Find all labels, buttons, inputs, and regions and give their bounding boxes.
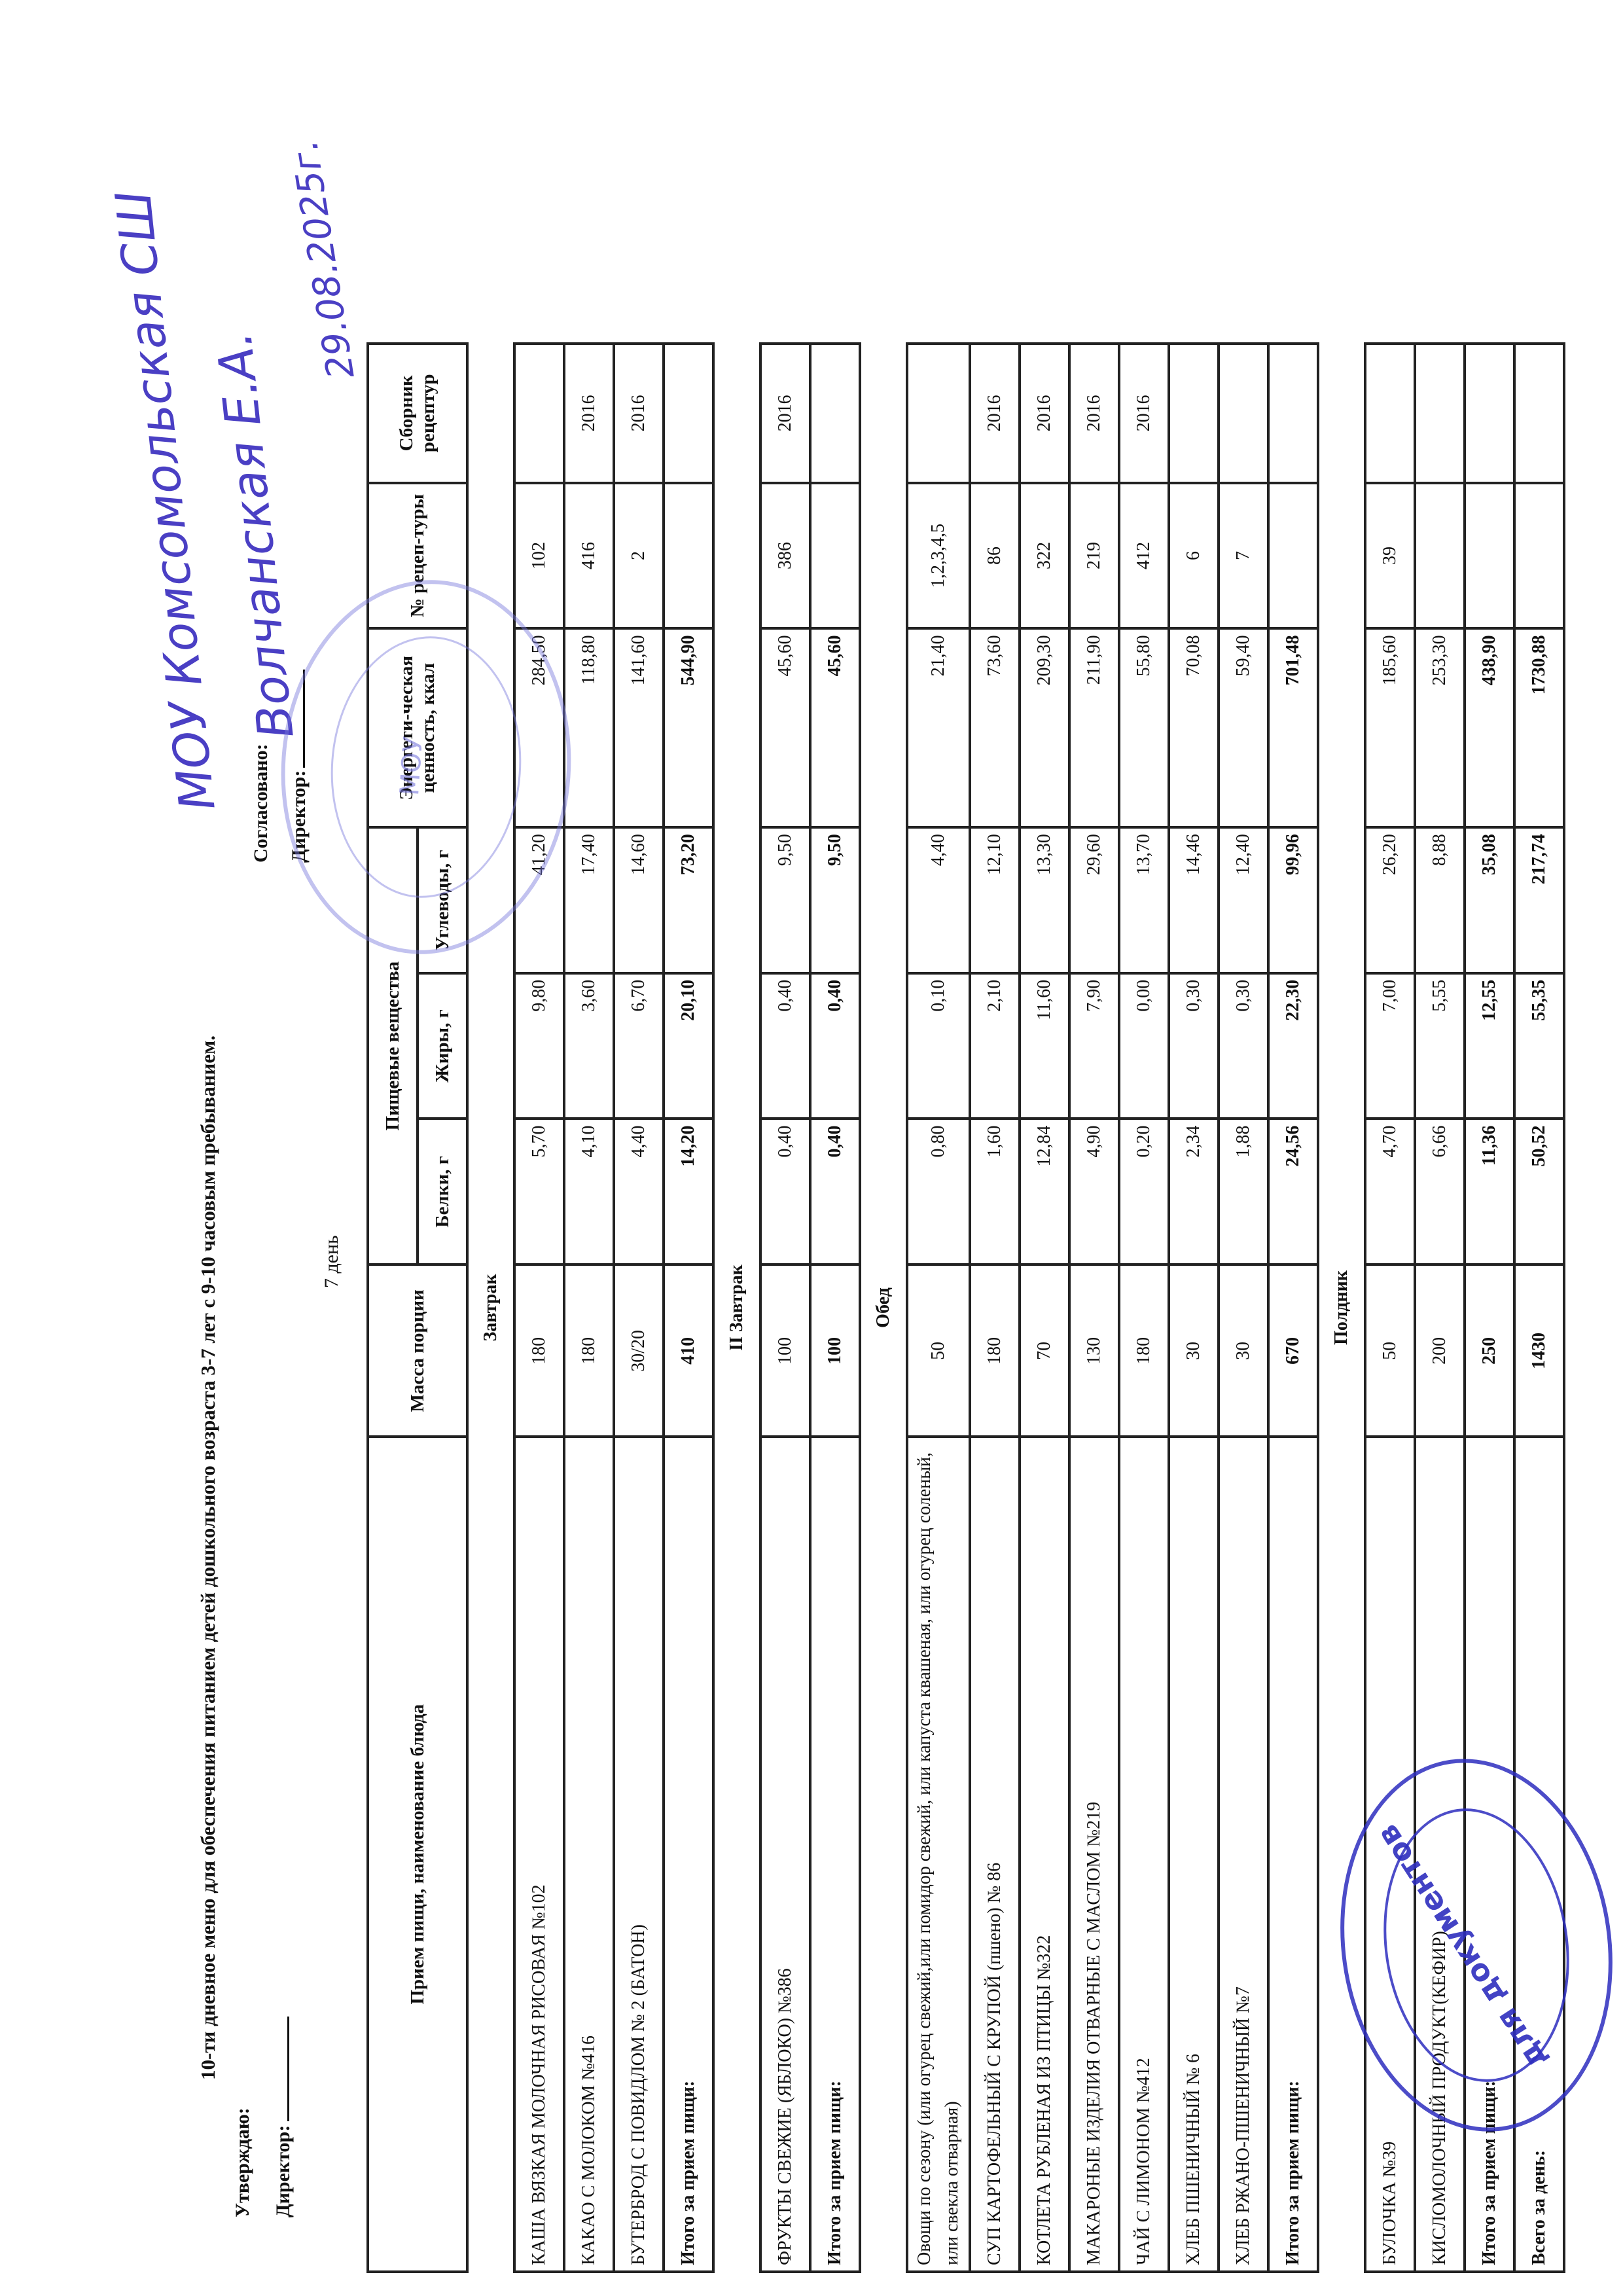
- meal-section-title: Завтрак: [467, 344, 514, 2272]
- cell-energy: 118,80: [564, 628, 614, 827]
- cell-fat: 12,55: [1465, 973, 1514, 1119]
- cell-recipe: [1268, 483, 1318, 629]
- cell-energy: 284,50: [514, 628, 564, 827]
- cell-fat: 22,30: [1268, 973, 1318, 1119]
- cell-name: Итого за прием пищи:: [1268, 1437, 1318, 2272]
- cell-name: Итого за прием пищи:: [664, 1437, 713, 2272]
- cell-protein: 1,60: [970, 1119, 1020, 1265]
- meal-section-row: Обед: [860, 344, 907, 2272]
- cell-carbs: 35,08: [1465, 827, 1514, 973]
- cell-recipe: 1,2,3,4,5: [907, 483, 970, 629]
- cell-protein: 11,36: [1465, 1119, 1514, 1265]
- cell-carbs: 217,74: [1514, 827, 1564, 973]
- cell-fat: 6,70: [614, 973, 664, 1119]
- cell-protein: 5,70: [514, 1119, 564, 1265]
- cell-energy: 1730,88: [1514, 628, 1564, 827]
- cell-name: ХЛЕБ РЖАНО-ПШЕНИЧНЫЙ №7: [1219, 1437, 1268, 2272]
- cell-name: ЧАЙ С ЛИМОНОМ №412: [1119, 1437, 1169, 2272]
- table-row: КАКАО С МОЛОКОМ №4161804,103,6017,40118,…: [564, 344, 614, 2272]
- cell-mass: 100: [760, 1265, 810, 1437]
- meal-section-title: Обед: [860, 344, 907, 2272]
- cell-fat: 7,90: [1069, 973, 1119, 1119]
- cell-fat: 7,00: [1365, 973, 1415, 1119]
- cell-recipe: 412: [1119, 483, 1169, 629]
- header-fat: Жиры, г: [418, 973, 467, 1119]
- cell-name: БУТЕРБРОД С ПОВИДЛОМ № 2 (БАТОН): [614, 1437, 664, 2272]
- cell-recipe: 7: [1219, 483, 1268, 629]
- cell-name: КОТЛЕТА РУБЛЕНАЯ ИЗ ПТИЦЫ №322: [1020, 1437, 1069, 2272]
- cell-recipe: [810, 483, 860, 629]
- cell-protein: 6,66: [1415, 1119, 1465, 1265]
- cell-carbs: 9,50: [760, 827, 810, 973]
- cell-recipe: [1514, 483, 1564, 629]
- cell-collection: [1268, 344, 1318, 483]
- cell-recipe: [1465, 483, 1514, 629]
- cell-protein: 2,34: [1169, 1119, 1219, 1265]
- cell-protein: 4,10: [564, 1119, 614, 1265]
- table-row: МАКАРОНЫЕ ИЗДЕЛИЯ ОТВАРНЫЕ С МАСЛОМ №219…: [1069, 344, 1119, 2272]
- meal-section-title: II Завтрак: [713, 344, 760, 2272]
- cell-recipe: 219: [1069, 483, 1119, 629]
- meal-section-row: Полдник: [1318, 344, 1365, 2272]
- cell-protein: 14,20: [664, 1119, 713, 1265]
- table-row: Овощи по сезону (или огурец свежий,или п…: [907, 344, 970, 2272]
- cell-carbs: 73,20: [664, 827, 713, 973]
- cell-energy: 21,40: [907, 628, 970, 827]
- cell-carbs: 14,46: [1169, 827, 1219, 973]
- cell-protein: 0,40: [760, 1119, 810, 1265]
- cell-carbs: 12,10: [970, 827, 1020, 973]
- cell-carbs: 12,40: [1219, 827, 1268, 973]
- cell-fat: 3,60: [564, 973, 614, 1119]
- meal-total-row: Итого за прием пищи:25011,3612,5535,0843…: [1465, 344, 1514, 2272]
- day-label: 7 день: [321, 1235, 343, 1288]
- cell-name: КИСЛОМОЛОЧНЫЙ ПРОДУКТ(КЕФИР): [1415, 1437, 1465, 2272]
- cell-name: Всего за день:: [1514, 1437, 1564, 2272]
- cell-carbs: 41,20: [514, 827, 564, 973]
- meal-total-row: Итого за прием пищи:1000,400,409,5045,60: [810, 344, 860, 2272]
- cell-name: Овощи по сезону (или огурец свежий,или п…: [907, 1437, 970, 2272]
- cell-recipe: 2: [614, 483, 664, 629]
- header-carbs: Углеводы, г: [418, 827, 467, 973]
- signature-line-left: [287, 2017, 289, 2121]
- cell-carbs: 4,40: [907, 827, 970, 973]
- meal-total-row: Итого за прием пищи:67024,5622,3099,9670…: [1268, 344, 1318, 2272]
- director-signature-left: Директор:: [263, 2017, 304, 2217]
- cell-carbs: 8,88: [1415, 827, 1465, 973]
- cell-protein: 24,56: [1268, 1119, 1318, 1265]
- cell-energy: 185,60: [1365, 628, 1415, 827]
- table-row: КАША ВЯЗКАЯ МОЛОЧНАЯ РИСОВАЯ №1021805,70…: [514, 344, 564, 2272]
- cell-mass: 200: [1415, 1265, 1465, 1437]
- table-row: ЧАЙ С ЛИМОНОМ №4121800,200,0013,7055,804…: [1119, 344, 1169, 2272]
- cell-protein: 4,40: [614, 1119, 664, 1265]
- table-row: КОТЛЕТА РУБЛЕНАЯ ИЗ ПТИЦЫ №3227012,8411,…: [1020, 344, 1069, 2272]
- cell-name: КАКАО С МОЛОКОМ №416: [564, 1437, 614, 2272]
- cell-energy: 45,60: [810, 628, 860, 827]
- cell-name: ФРУКТЫ СВЕЖИЕ (ЯБЛОКО) №386: [760, 1437, 810, 2272]
- cell-carbs: 9,50: [810, 827, 860, 973]
- cell-protein: 4,70: [1365, 1119, 1415, 1265]
- cell-fat: 0,00: [1119, 973, 1169, 1119]
- cell-energy: 438,90: [1465, 628, 1514, 827]
- header-recipe: № рецеп-туры: [368, 483, 467, 629]
- cell-protein: 0,80: [907, 1119, 970, 1265]
- cell-collection: [514, 344, 564, 483]
- cell-collection: 2016: [1020, 344, 1069, 483]
- cell-mass: 30: [1219, 1265, 1268, 1437]
- handwritten-name: Волчанская Е.А.: [206, 329, 305, 742]
- cell-mass: 130: [1069, 1265, 1119, 1437]
- cell-fat: 55,35: [1514, 973, 1564, 1119]
- header-name: Прием пищи, наименование блюда: [368, 1437, 467, 2272]
- cell-name: Итого за прием пищи:: [810, 1437, 860, 2272]
- cell-collection: [810, 344, 860, 483]
- cell-mass: 30: [1169, 1265, 1219, 1437]
- cell-name: КАША ВЯЗКАЯ МОЛОЧНАЯ РИСОВАЯ №102: [514, 1437, 564, 2272]
- cell-protein: 4,90: [1069, 1119, 1119, 1265]
- cell-energy: 209,30: [1020, 628, 1069, 827]
- cell-name: БУЛОЧКА №39: [1365, 1437, 1415, 2272]
- cell-mass: 1430: [1514, 1265, 1564, 1437]
- cell-fat: 2,10: [970, 973, 1020, 1119]
- header-energy: Энергети-ческая ценность, ккал: [368, 628, 467, 827]
- cell-mass: 50: [1365, 1265, 1415, 1437]
- cell-mass: 70: [1020, 1265, 1069, 1437]
- cell-collection: [1365, 344, 1415, 483]
- cell-collection: 2016: [564, 344, 614, 483]
- meal-section-row: II Завтрак: [713, 344, 760, 2272]
- cell-mass: 180: [514, 1265, 564, 1437]
- signature-line-right: [303, 670, 305, 768]
- menu-table: Прием пищи, наименование блюда Масса пор…: [366, 342, 1565, 2273]
- cell-carbs: 17,40: [564, 827, 614, 973]
- cell-collection: [664, 344, 713, 483]
- meal-section-title: Полдник: [1318, 344, 1365, 2272]
- table-row: ХЛЕБ РЖАНО-ПШЕНИЧНЫЙ №7301,880,3012,4059…: [1219, 344, 1268, 2272]
- cell-recipe: [1415, 483, 1465, 629]
- cell-protein: 1,88: [1219, 1119, 1268, 1265]
- cell-energy: 211,90: [1069, 628, 1119, 827]
- handwritten-school: МОУ Комсомольская СШ: [105, 188, 226, 814]
- meal-total-row: Итого за прием пищи:41014,2020,1073,2054…: [664, 344, 713, 2272]
- meal-section-row: Завтрак: [467, 344, 514, 2272]
- cell-carbs: 14,60: [614, 827, 664, 973]
- cell-recipe: 416: [564, 483, 614, 629]
- rotated-menu-page: Утверждаю: Директор: 10-ти дневное меню …: [0, 0, 1623, 2296]
- cell-recipe: 6: [1169, 483, 1219, 629]
- cell-carbs: 29,60: [1069, 827, 1119, 973]
- header-mass: Масса порции: [368, 1265, 467, 1437]
- cell-collection: 2016: [970, 344, 1020, 483]
- cell-mass: 410: [664, 1265, 713, 1437]
- cell-fat: 0,30: [1169, 973, 1219, 1119]
- cell-mass: 100: [810, 1265, 860, 1437]
- cell-carbs: 26,20: [1365, 827, 1415, 973]
- cell-mass: 180: [970, 1265, 1020, 1437]
- cell-carbs: 13,70: [1119, 827, 1169, 973]
- cell-protein: 0,40: [810, 1119, 860, 1265]
- cell-name: МАКАРОНЫЕ ИЗДЕЛИЯ ОТВАРНЫЕ С МАСЛОМ №219: [1069, 1437, 1119, 2272]
- cell-energy: 59,40: [1219, 628, 1268, 827]
- cell-fat: 0,40: [810, 973, 860, 1119]
- cell-energy: 701,48: [1268, 628, 1318, 827]
- cell-recipe: 386: [760, 483, 810, 629]
- cell-collection: [1465, 344, 1514, 483]
- cell-recipe: 39: [1365, 483, 1415, 629]
- cell-fat: 9,80: [514, 973, 564, 1119]
- cell-protein: 12,84: [1020, 1119, 1069, 1265]
- approval-block: Утверждаю: Директор:: [223, 2017, 304, 2217]
- cell-collection: [907, 344, 970, 483]
- cell-fat: 0,30: [1219, 973, 1268, 1119]
- cell-collection: [1514, 344, 1564, 483]
- table-row: БУЛОЧКА №39504,707,0026,20185,6039: [1365, 344, 1415, 2272]
- cell-protein: 0,20: [1119, 1119, 1169, 1265]
- cell-mass: 250: [1465, 1265, 1514, 1437]
- cell-energy: 141,60: [614, 628, 664, 827]
- cell-mass: 670: [1268, 1265, 1318, 1437]
- table-header-row: Прием пищи, наименование блюда Масса пор…: [368, 344, 418, 2272]
- day-total-row: Всего за день:143050,5255,35217,741730,8…: [1514, 344, 1564, 2272]
- cell-recipe: [664, 483, 713, 629]
- cell-collection: [1169, 344, 1219, 483]
- menu-table-body: ЗавтракКАША ВЯЗКАЯ МОЛОЧНАЯ РИСОВАЯ №102…: [467, 344, 1564, 2272]
- handwritten-date: 29.08.2025г.: [283, 137, 363, 382]
- header-protein: Белки, г: [418, 1119, 467, 1265]
- cell-collection: [1415, 344, 1465, 483]
- cell-name: СУП КАРТОФЕЛЬНЫЙ С КРУПОЙ (пшено) № 86: [970, 1437, 1020, 2272]
- cell-energy: 70,08: [1169, 628, 1219, 827]
- cell-mass: 180: [564, 1265, 614, 1437]
- cell-mass: 30/20: [614, 1265, 664, 1437]
- cell-fat: 5,55: [1415, 973, 1465, 1119]
- cell-carbs: 13,30: [1020, 827, 1069, 973]
- cell-name: Итого за прием пищи:: [1465, 1437, 1514, 2272]
- cell-fat: 11,60: [1020, 973, 1069, 1119]
- cell-recipe: 102: [514, 483, 564, 629]
- table-row: ФРУКТЫ СВЕЖИЕ (ЯБЛОКО) №3861000,400,409,…: [760, 344, 810, 2272]
- cell-energy: 55,80: [1119, 628, 1169, 827]
- cell-collection: 2016: [614, 344, 664, 483]
- cell-name: ХЛЕБ ПШЕНИЧНЫЙ № 6: [1169, 1437, 1219, 2272]
- table-row: ХЛЕБ ПШЕНИЧНЫЙ № 6302,340,3014,4670,086: [1169, 344, 1219, 2272]
- cell-energy: 45,60: [760, 628, 810, 827]
- cell-carbs: 99,96: [1268, 827, 1318, 973]
- cell-fat: 0,10: [907, 973, 970, 1119]
- approve-label: Утверждаю:: [223, 2017, 263, 2217]
- table-row: СУП КАРТОФЕЛЬНЫЙ С КРУПОЙ (пшено) № 8618…: [970, 344, 1020, 2272]
- cell-mass: 50: [907, 1265, 970, 1437]
- director-label-right: Директор:: [288, 770, 310, 863]
- cell-energy: 253,30: [1415, 628, 1465, 827]
- header-nutrients: Пищевые вещества: [368, 827, 418, 1265]
- director-label-left: Директор:: [272, 2125, 294, 2217]
- cell-collection: 2016: [1119, 344, 1169, 483]
- cell-fat: 20,10: [664, 973, 713, 1119]
- cell-collection: 2016: [760, 344, 810, 483]
- cell-fat: 0,40: [760, 973, 810, 1119]
- cell-recipe: 322: [1020, 483, 1069, 629]
- cell-recipe: 86: [970, 483, 1020, 629]
- table-row: КИСЛОМОЛОЧНЫЙ ПРОДУКТ(КЕФИР)2006,665,558…: [1415, 344, 1465, 2272]
- header-collection: Сборник рецептур: [368, 344, 467, 483]
- cell-energy: 73,60: [970, 628, 1020, 827]
- cell-mass: 180: [1119, 1265, 1169, 1437]
- table-row: БУТЕРБРОД С ПОВИДЛОМ № 2 (БАТОН)30/204,4…: [614, 344, 664, 2272]
- cell-collection: [1219, 344, 1268, 483]
- cell-collection: 2016: [1069, 344, 1119, 483]
- document-title: 10-ти дневное меню для обеспечения питан…: [196, 1035, 220, 2080]
- cell-energy: 544,90: [664, 628, 713, 827]
- cell-protein: 50,52: [1514, 1119, 1564, 1265]
